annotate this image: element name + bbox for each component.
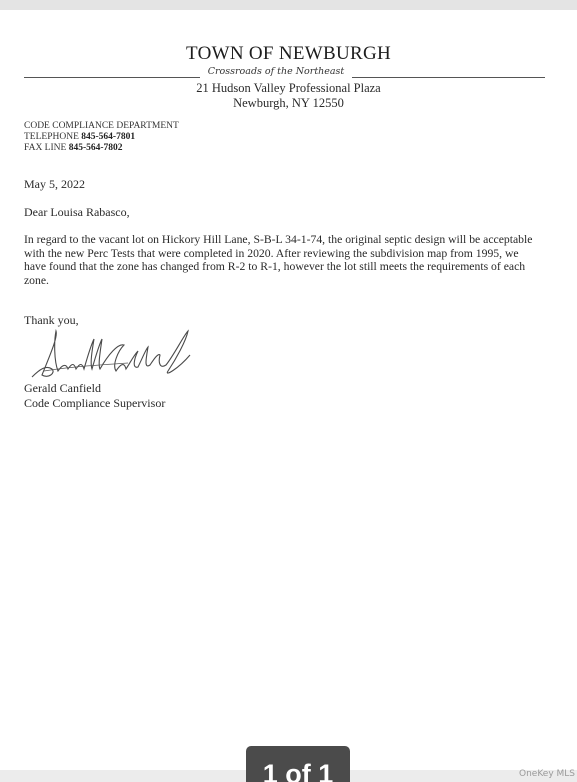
signature-icon: [28, 325, 198, 385]
signer-title: Code Compliance Supervisor: [24, 396, 165, 411]
letter-date: May 5, 2022: [24, 177, 85, 192]
letterhead-title: TOWN OF NEWBURGH: [0, 43, 577, 65]
telephone-label: TELEPHONE: [24, 132, 79, 142]
department-fax: FAX LINE 845-564-7802: [24, 143, 123, 154]
letterhead-address-line2: Newburgh, NY 12550: [0, 96, 577, 111]
letterhead-address-line1: 21 Hudson Valley Professional Plaza: [0, 81, 577, 96]
viewer-top-bar: [0, 0, 577, 10]
letterhead-rule-left: [24, 77, 200, 78]
fax-number: 845-564-7802: [69, 143, 123, 153]
department-name: CODE COMPLIANCE DEPARTMENT: [24, 121, 179, 132]
letterhead-rule-right: [352, 77, 545, 78]
watermark: OneKey MLS: [519, 769, 575, 779]
department-telephone: TELEPHONE 845-564-7801: [24, 132, 135, 143]
fax-label: FAX LINE: [24, 143, 66, 153]
letterhead-tagline: Crossroads of the Northeast: [200, 66, 352, 77]
signer-name: Gerald Canfield: [24, 381, 101, 396]
page-indicator[interactable]: 1 of 1: [246, 746, 350, 782]
telephone-number: 845-564-7801: [81, 132, 135, 142]
letter-salutation: Dear Louisa Rabasco,: [24, 205, 130, 220]
letter-body: In regard to the vacant lot on Hickory H…: [24, 233, 534, 287]
